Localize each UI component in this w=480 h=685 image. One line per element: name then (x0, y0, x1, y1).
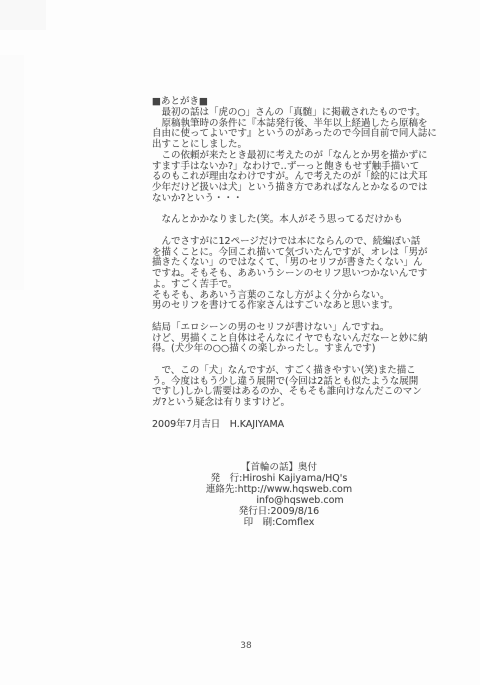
colophon-title: 【首輪の話】奥付 (159, 462, 399, 473)
colophon-lines: 発 行:Hiroshi Kajiyama/HQ's連絡先:http://www.… (159, 473, 399, 528)
afterword-line: んでさすがに12ページだけでは本にならんので、続編ぽい話 (152, 237, 444, 248)
afterword-line: で、この「犬」なんですが、すごく描きやすい(笑)また描こ (152, 366, 444, 377)
afterword-line: 男のセリフを書けてる作家さんはすごいなあと思います。 (152, 301, 444, 312)
colophon-line: 発 行:Hiroshi Kajiyama/HQ's (159, 473, 399, 484)
afterword-line: 得。(犬少年の○○描くの楽しかったし。すまんです) (152, 344, 444, 355)
afterword-section: ■あとがき■ 最初の話は「虎の○」さんの「真髄」に掲載されたものです。 原稿執筆… (152, 97, 444, 430)
afterword-line (152, 409, 444, 420)
afterword-line: 最初の話は「虎の○」さんの「真髄」に掲載されたものです。 (152, 108, 444, 119)
afterword-line: よ。すごく苦手で。 (152, 280, 444, 291)
colophon-line: 印 刷:Comflex (159, 517, 399, 528)
afterword-line: この依頼が来たとき最初に考えたのが「なんとか男を描かずに (152, 151, 444, 162)
afterword-lines: ■あとがき■ 最初の話は「虎の○」さんの「真髄」に掲載されたものです。 原稿執筆… (152, 97, 444, 430)
scanned-page: ■あとがき■ 最初の話は「虎の○」さんの「真髄」に掲載されたものです。 原稿執筆… (0, 0, 480, 685)
colophon-line: 発行日:2009/8/16 (159, 506, 399, 517)
colophon-section: 【首輪の話】奥付 発 行:Hiroshi Kajiyama/HQ's連絡先:ht… (159, 462, 399, 528)
page-number: 38 (229, 641, 263, 651)
colophon-line: info@hqsweb.com (180, 495, 420, 506)
afterword-line: ないか?という・・・ (152, 194, 444, 205)
afterword-line: なんとかかなりました(笑。本人がそう思ってるだけかも (152, 215, 444, 226)
scan-artifact-strip (0, 55, 24, 290)
afterword-line: 結局「エロシーンの男のセリフが書けない」んですね。 (152, 323, 444, 334)
afterword-line: ガ?という疑念は有りますけど。 (152, 398, 444, 409)
scan-artifact-corner (0, 0, 46, 30)
colophon-line: 連絡先:http://www.hqsweb.com (159, 484, 399, 495)
afterword-line: 2009年7月吉日 H.KAJIYAMA (152, 420, 444, 431)
